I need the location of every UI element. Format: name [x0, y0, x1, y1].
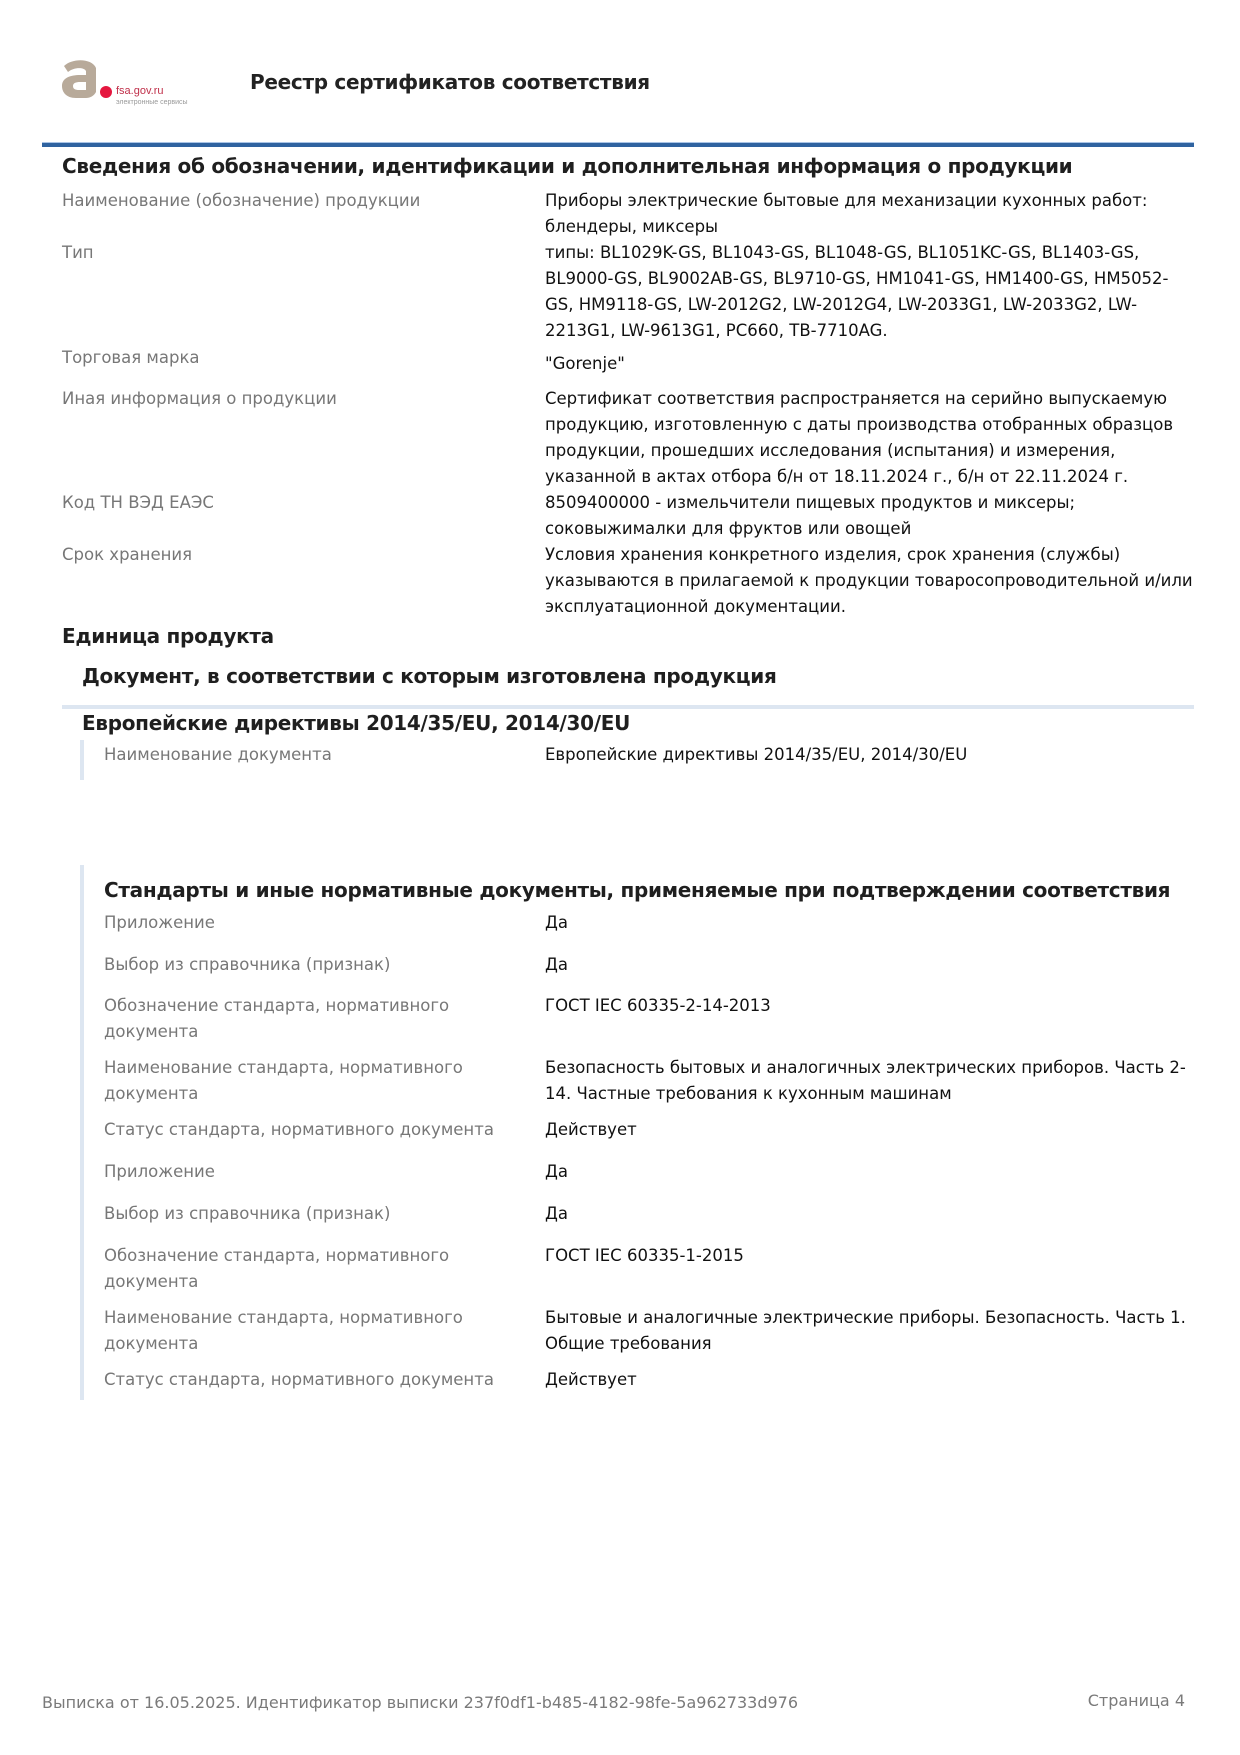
- standard-label: Наименование стандарта, нормативного док…: [104, 1305, 504, 1357]
- info-value: типы: BL1029K-GS, BL1043-GS, BL1048-GS, …: [545, 240, 1195, 344]
- standards-block-bar: [80, 865, 84, 1400]
- info-label: Код ТН ВЭД ЕАЭС: [62, 490, 522, 516]
- header-divider: [42, 142, 1194, 147]
- fsa-a-logo-icon: [58, 58, 102, 102]
- info-value: Приборы электрические бытовые для механи…: [545, 188, 1195, 240]
- info-label: Иная информация о продукции: [62, 386, 522, 412]
- standard-value: Безопасность бытовых и аналогичных элект…: [545, 1055, 1195, 1107]
- standard-value: Да: [545, 910, 1195, 936]
- info-value: Условия хранения конкретного изделия, ср…: [545, 542, 1195, 620]
- info-label: Наименование (обозначение) продукции: [62, 188, 522, 214]
- page-title: Реестр сертификатов соответствия: [250, 70, 650, 94]
- info-label: Срок хранения: [62, 542, 522, 568]
- info-label: Тип: [62, 240, 522, 266]
- info-value: "Gorenje": [545, 351, 1195, 377]
- page-header: fsa.gov.ru электронные сервисы Реестр се…: [0, 0, 1240, 150]
- info-label: Торговая марка: [62, 345, 522, 371]
- unit-heading: Единица продукта: [62, 624, 274, 648]
- standard-value: ГОСТ IEC 60335-1-2015: [545, 1243, 1195, 1269]
- standard-label: Выбор из справочника (признак): [104, 952, 524, 978]
- standard-label: Выбор из справочника (признак): [104, 1201, 524, 1227]
- standard-label: Статус стандарта, нормативного документа: [104, 1367, 534, 1393]
- extract-id: Выписка от 16.05.2025. Идентификатор вып…: [42, 1693, 798, 1712]
- standard-value: Действует: [545, 1367, 1195, 1393]
- section-divider: [62, 705, 1194, 709]
- info-value: Сертификат соответствия распространяется…: [545, 386, 1195, 490]
- standard-label: Статус стандарта, нормативного документа: [104, 1117, 534, 1143]
- standard-value: Да: [545, 952, 1195, 978]
- manufacturing-doc-heading: Документ, в соответствии с которым изгот…: [82, 664, 777, 688]
- product-info-heading: Сведения об обозначении, идентификации и…: [62, 154, 1072, 178]
- standard-label: Приложение: [104, 910, 524, 936]
- doc-value: Европейские директивы 2014/35/EU, 2014/3…: [545, 742, 1195, 768]
- standard-label: Обозначение стандарта, нормативного доку…: [104, 993, 504, 1045]
- standards-heading: Стандарты и иные нормативные документы, …: [104, 878, 1170, 902]
- logo-subtitle: электронные сервисы: [116, 99, 188, 106]
- standard-value: Да: [545, 1201, 1195, 1227]
- standard-label: Приложение: [104, 1159, 524, 1185]
- standard-value: Да: [545, 1159, 1195, 1185]
- standard-label: Наименование стандарта, нормативного док…: [104, 1055, 504, 1107]
- standard-label: Обозначение стандарта, нормативного доку…: [104, 1243, 504, 1295]
- fsa-logo: fsa.gov.ru электронные сервисы: [58, 58, 208, 110]
- doc-label: Наименование документа: [104, 742, 524, 768]
- logo-domain: fsa.gov.ru: [116, 85, 164, 97]
- info-value: 8509400000 - измельчители пищевых продук…: [545, 490, 1195, 542]
- standard-value: Бытовые и аналогичные электрические приб…: [545, 1305, 1195, 1357]
- standard-value: ГОСТ IEC 60335-2-14-2013: [545, 993, 1195, 1019]
- logo-dot-icon: [100, 86, 112, 98]
- page-number: Страница 4: [1088, 1691, 1185, 1710]
- doc-block-bar: [80, 740, 84, 780]
- standard-value: Действует: [545, 1117, 1195, 1143]
- doc-title: Европейские директивы 2014/35/EU, 2014/3…: [82, 711, 630, 735]
